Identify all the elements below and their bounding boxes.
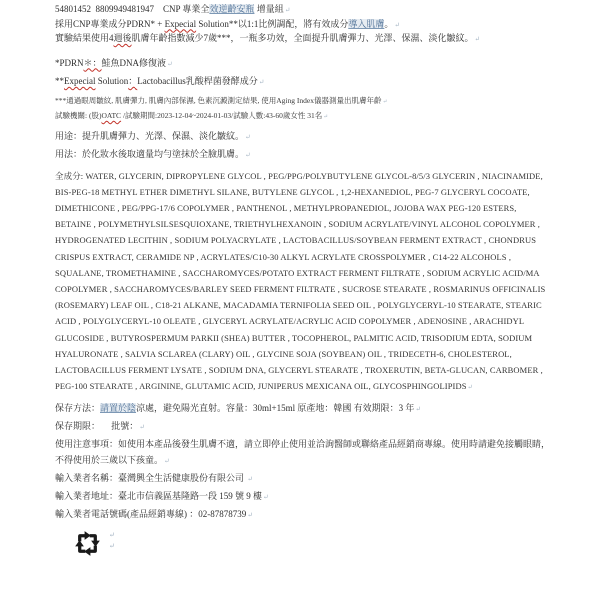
paragraph-mark: ↵ bbox=[247, 512, 253, 519]
paragraph-mark: ↵ bbox=[382, 99, 387, 105]
paragraph: *PDRN＊：鮭魚DNA修復液↵ bbox=[55, 57, 554, 72]
text-run: 全成分: WATER, GLYCERIN, DIPROPYLENE GLYCOL… bbox=[55, 171, 548, 392]
text-run: 肌膚年齡指數減少7歲***，一瓶多功效，全面提升肌膚彈力、光澤、保濕、淡化皺紋。 bbox=[132, 33, 474, 43]
text-run: 增量組 bbox=[254, 4, 283, 14]
text-run: 採用CNP專業成分PDRN* + bbox=[55, 19, 165, 29]
text-run: 。 bbox=[384, 19, 393, 29]
paragraph-mark: ↵ bbox=[164, 458, 170, 465]
paragraph-mark: ↵ bbox=[109, 530, 115, 541]
paragraph: 用途：提升肌膚彈力、光澤、保濕、淡化皺紋。↵ bbox=[55, 129, 554, 145]
paragraph-mark: ↵ bbox=[394, 22, 400, 29]
paragraph: 使用注意事項：如使用本產品後發生肌膚不適，請立即停止使用並洽詢醫師或聯絡產品經銷… bbox=[55, 436, 554, 470]
recycling-icon bbox=[73, 529, 102, 558]
paragraph-mark: ↵ bbox=[285, 7, 291, 14]
text-run: 使用注意事項：如使用本產品後發生肌膚不適，請立即停止使用並洽詢醫師或聯絡產品經銷… bbox=[55, 439, 550, 465]
paragraph: 實驗結果使用4週後肌膚年齡指數減少7歲***，一瓶多功效，全面提升肌膚彈力、光澤… bbox=[55, 32, 554, 47]
text-run: ： bbox=[128, 76, 137, 86]
paragraph: 54801452 8809949481947 CNP 專業全效逆齡安瓶 增量組↵ bbox=[55, 3, 554, 18]
text-run: Solution**以1:1比例調配，將有效成分 bbox=[196, 19, 348, 29]
paragraph-mark-column: ↵ ↵ bbox=[109, 529, 115, 552]
paragraph: **Expecial Solution：Lactobacillus乳酸桿菌發酵成… bbox=[55, 75, 554, 90]
paragraph-mark: ↵ bbox=[167, 61, 173, 68]
text-run: /試驗期間:2023-12-04~2024-01-03/試驗人數:43-60歲女… bbox=[121, 111, 322, 120]
paragraph: 用法：於化妝水後取適量均勻塗抹於全臉肌膚。↵ bbox=[55, 147, 554, 163]
text-run: Expecial bbox=[165, 19, 196, 29]
paragraph-mark: ↵ bbox=[475, 36, 481, 43]
document-page: 54801452 8809949481947 CNP 專業全效逆齡安瓶 增量組↵… bbox=[0, 0, 600, 600]
paragraph-mark: ↵ bbox=[263, 494, 269, 501]
text-run: ***通過眼周皺紋, 肌膚彈力, 肌膚內部保濕, 色素沉澱測定結果, 使用Agi… bbox=[55, 96, 381, 105]
text-run: 輸入業者地址：臺北市信義區基隆路一段 159 號 9 樓 bbox=[55, 491, 262, 501]
text-run: 請置於陰 bbox=[100, 403, 136, 413]
text-run: Lactobacillus乳酸桿菌發酵成分 bbox=[137, 76, 257, 86]
paragraph: 輸入業者名稱：臺灣興全生活健康股份有限公司 ↵ bbox=[55, 470, 554, 488]
text-run: 保存方法： bbox=[55, 403, 100, 413]
paragraph-mark: ↵ bbox=[109, 541, 115, 552]
paragraph-mark: ↵ bbox=[259, 79, 265, 86]
text-run: 輸入業者名稱：臺灣興全生活健康股份有限公司 bbox=[55, 473, 246, 483]
paragraph-mark: ↵ bbox=[468, 384, 473, 391]
paragraph: 輸入業者電話號碼(產品經銷專線) ：02-87878739↵ bbox=[55, 506, 554, 524]
recycling-mark-row: ↵ ↵ bbox=[73, 529, 554, 558]
text-run: Solution bbox=[95, 76, 128, 86]
paragraph-mark: ↵ bbox=[415, 406, 421, 413]
text-run: ** bbox=[55, 76, 64, 86]
text-run: 試驗機關: (股) bbox=[55, 111, 101, 120]
text-run: 保存期限： 批號： bbox=[55, 421, 138, 431]
text-run: 效逆齡安瓶 bbox=[209, 4, 254, 14]
text-run: 鮭魚DNA修復液 bbox=[102, 58, 167, 68]
text-run: ＊： bbox=[84, 58, 102, 68]
text-run: 用法：於化妝水後取適量均勻塗抹於全臉肌膚。 bbox=[55, 149, 244, 159]
text-run: *PDRN bbox=[55, 58, 84, 68]
text-run: 導入肌膚 bbox=[348, 19, 384, 29]
text-run: 週後 bbox=[114, 33, 132, 43]
text-run: 涼處，避免陽光直射。容量：30ml+15ml 原產地：韓國 有效期限：3 年 bbox=[136, 403, 414, 413]
paragraph: 輸入業者地址：臺北市信義區基隆路一段 159 號 9 樓↵ bbox=[55, 488, 554, 506]
text-run: 54801452 8809949481947 CNP 專業全 bbox=[55, 4, 209, 14]
document-body: 54801452 8809949481947 CNP 專業全效逆齡安瓶 增量組↵… bbox=[55, 3, 554, 524]
paragraph: 採用CNP專業成分PDRN* + Expecial Solution**以1:1… bbox=[55, 18, 554, 33]
paragraph: 全成分: WATER, GLYCERIN, DIPROPYLENE GLYCOL… bbox=[55, 168, 554, 397]
text-run: Expecial bbox=[64, 76, 95, 86]
paragraph-mark: ↵ bbox=[139, 424, 145, 431]
paragraph: 保存期限： 批號：↵ bbox=[55, 418, 554, 436]
text-run: 用途：提升肌膚彈力、光澤、保濕、淡化皺紋。 bbox=[55, 131, 244, 141]
paragraph: ***通過眼周皺紋, 肌膚彈力, 肌膚內部保濕, 色素沉澱測定結果, 使用Agi… bbox=[55, 94, 554, 110]
paragraph-mark: ↵ bbox=[245, 152, 251, 159]
text-run: OATC bbox=[101, 111, 121, 120]
text-run: 實驗結果使用4 bbox=[55, 33, 114, 43]
paragraph-mark: ↵ bbox=[247, 476, 253, 483]
paragraph: 保存方法：請置於陰涼處，避免陽光直射。容量：30ml+15ml 原產地：韓國 有… bbox=[55, 400, 554, 418]
paragraph-mark: ↵ bbox=[323, 114, 328, 120]
paragraph: 試驗機關: (股)OATC /試驗期間:2023-12-04~2024-01-0… bbox=[55, 109, 554, 125]
text-run: 輸入業者電話號碼(產品經銷專線) ：02-87878739 bbox=[55, 509, 246, 519]
paragraph-mark: ↵ bbox=[245, 134, 251, 141]
